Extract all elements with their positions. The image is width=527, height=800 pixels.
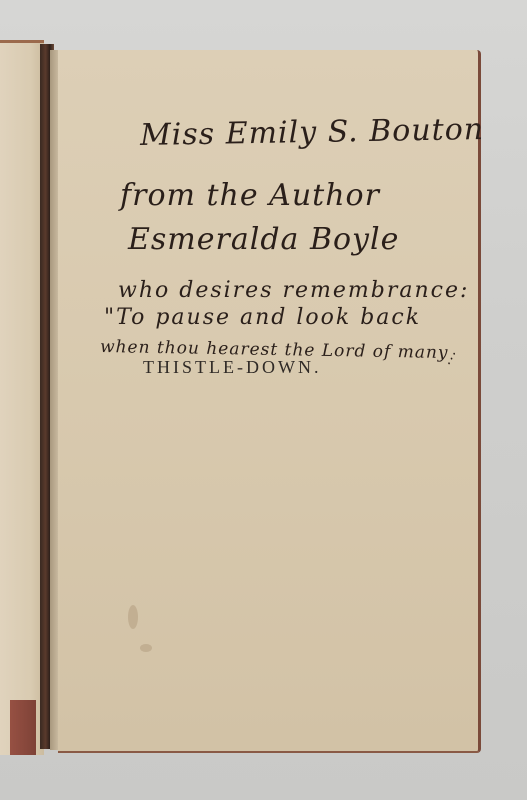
page-stain [140,644,152,652]
page-stain [128,605,138,629]
inscription-line: Miss Emily S. Bouton [140,112,485,153]
spine-leather [10,700,36,755]
title-page [58,50,481,753]
left-page-edge [0,40,44,755]
printed-title: THISTLE-DOWN. [143,357,321,378]
inscription-line: "To pause and look back [104,305,421,330]
inscription-line: from the Author [120,178,380,213]
inscription-line: who desires remembrance: [118,278,469,303]
inscription-line: Esmeralda Boyle [128,222,399,257]
